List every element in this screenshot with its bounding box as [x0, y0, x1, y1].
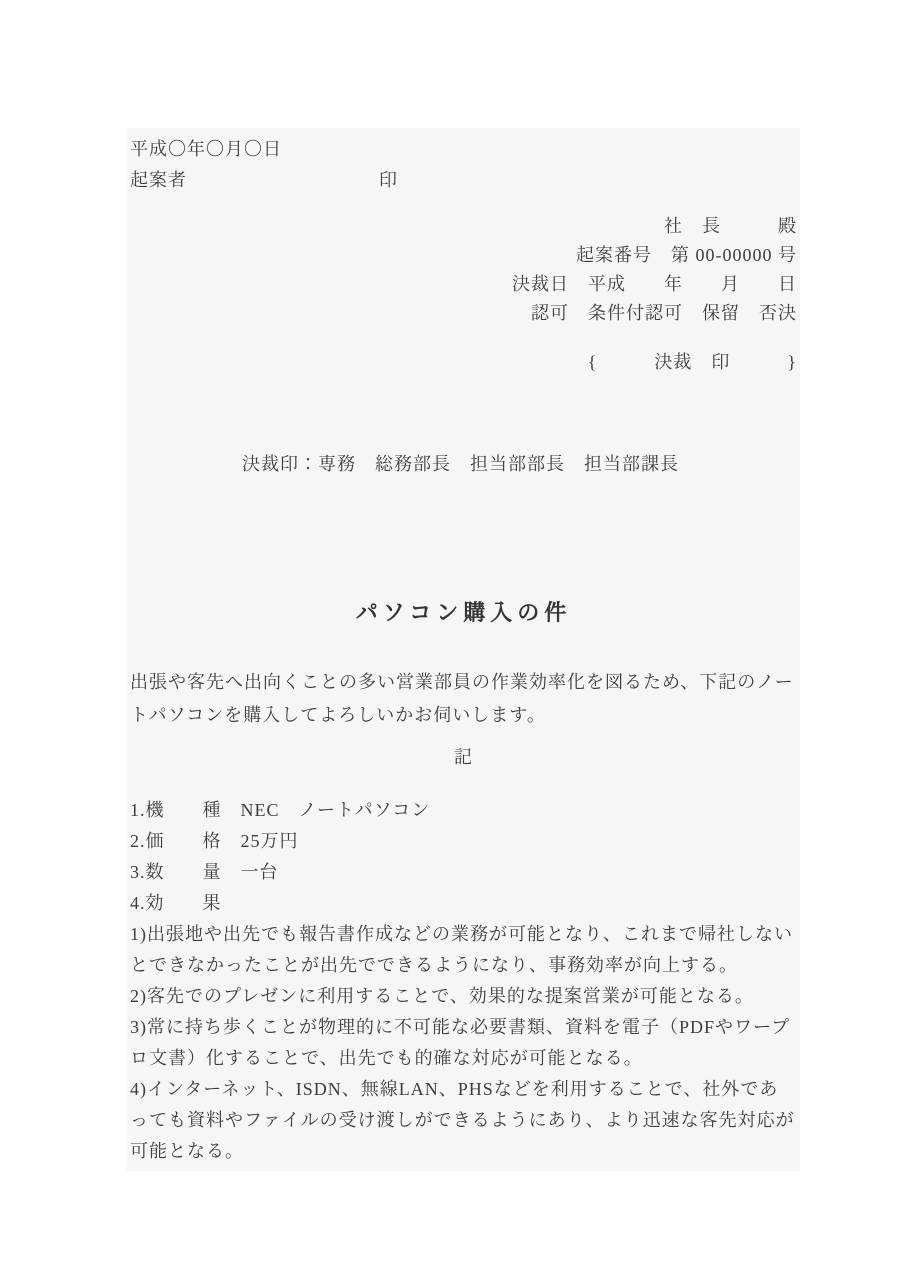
spec-item-price: 2.価 格 25万円 [130, 826, 797, 857]
approvers-line: 決裁印：専務 総務部長 担当部部長 担当部課長 [242, 449, 797, 480]
spec-item-model: 1.機 種 NEC ノートパソコン [130, 795, 797, 826]
ringi-document: 平成〇年〇月〇日 起案者印 社 長 殿 起案番号 第 00-00000 号 決裁… [127, 128, 800, 1171]
decision-options: 認可 条件付認可 保留 否決 [130, 299, 797, 328]
document-title: パソコン購入の件 [130, 598, 797, 628]
drafter-line: 起案者印 [130, 165, 797, 196]
decision-date: 決裁日 平成 年 月 日 [130, 270, 797, 299]
approval-block: 社 長 殿 起案番号 第 00-00000 号 決裁日 平成 年 月 日 認可 … [130, 212, 797, 328]
effect-item-3: 3)常に持ち歩くことが物理的に不可能な必要書類、資料を電子（PDFやワープロ文書… [130, 1012, 797, 1074]
document-header: 平成〇年〇月〇日 起案者印 [130, 134, 797, 196]
intro-paragraph: 出張や客先へ出向くことの多い営業部員の作業効率化を図るため、下記のノートパソコン… [130, 666, 797, 732]
effect-item-2: 2)客先でのプレゼンに利用することで、効果的な提案営業が可能となる。 [130, 981, 797, 1012]
ki-marker: 記 [130, 742, 797, 773]
spec-item-quantity: 3.数 量 一台 [130, 857, 797, 888]
addressee: 社 長 殿 [130, 212, 797, 241]
effect-item-1: 1)出張地や出先でも報告書作成などの業務が可能となり、これまで帰社しないとできな… [130, 919, 797, 981]
spec-list: 1.機 種 NEC ノートパソコン 2.価 格 25万円 3.数 量 一台 4.… [130, 795, 797, 919]
spec-item-effect: 4.効 果 [130, 888, 797, 919]
seal-mark: 印 [379, 165, 398, 196]
draft-date: 平成〇年〇月〇日 [130, 134, 797, 165]
effect-item-4: 4)インターネット、ISDN、無線LAN、PHSなどを利用することで、社外であっ… [130, 1074, 797, 1167]
effects-list: 1)出張地や出先でも報告書作成などの業務が可能となり、これまで帰社しないとできな… [130, 919, 797, 1167]
drafter-label: 起案者 [130, 170, 187, 190]
decision-stamp-box: { 決裁 印 } [130, 348, 797, 377]
draft-number: 起案番号 第 00-00000 号 [130, 241, 797, 270]
